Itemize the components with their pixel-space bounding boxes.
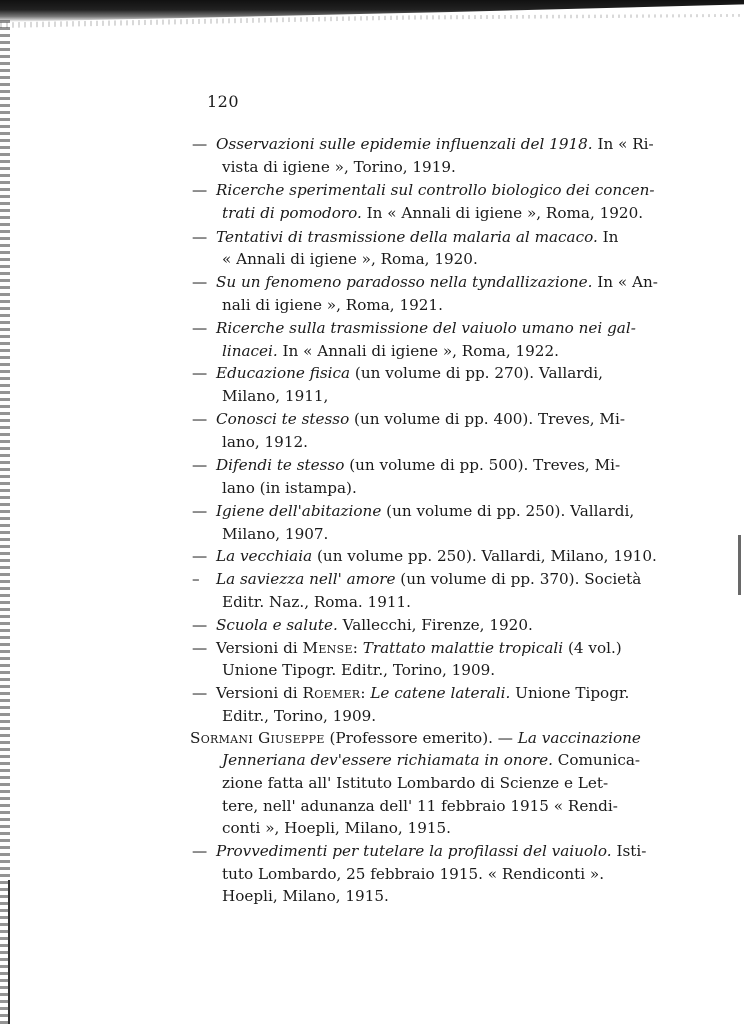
- entry-continuation: tuto Lombardo, 25 febbraio 1915. « Rendi…: [222, 864, 652, 884]
- bibliography-entry: —Igiene dell'abitazione (un volume di pp…: [192, 501, 622, 521]
- entry-title: Provvedimenti per tutelare la profilassi…: [216, 842, 612, 860]
- entry-title: La saviezza nell' amore: [216, 570, 395, 588]
- entry-continuation: Hoepli, Milano, 1915.: [222, 886, 652, 906]
- author-name: Sormani Giuseppe: [190, 729, 325, 747]
- entry-title: Ricerche sperimentali sul controllo biol…: [216, 181, 655, 199]
- page-number: 120: [207, 92, 239, 111]
- entry-title: La vecchiaia: [216, 547, 312, 565]
- entry-continuation: lano, 1912.: [222, 432, 652, 452]
- entry-title: Tentativi di trasmissione della malaria …: [216, 228, 598, 246]
- scan-binding-line: [8, 880, 10, 1024]
- entry-continuation: Milano, 1907.: [222, 524, 652, 544]
- translated-author: Roemer: [303, 684, 361, 702]
- entry-continuation: linacei. In « Annali di igiene », Roma, …: [222, 341, 652, 361]
- entry-title: Difendi te stesso: [216, 456, 344, 474]
- entry-continuation: Editr. Naz., Roma. 1911.: [222, 592, 652, 612]
- bibliography-entry: —Versioni di Mense: Trattato malattie tr…: [192, 638, 622, 658]
- bibliography-entry: —Su un fenomeno paradosso nella tyndalli…: [192, 272, 622, 292]
- entry-title: Ricerche sulla trasmissione del vaiuolo …: [216, 319, 636, 337]
- entry-title: Su un fenomeno paradosso nella tyndalliz…: [216, 273, 592, 291]
- entry-title: linacei.: [222, 342, 278, 360]
- entry-continuation: nali di igiene », Roma, 1921.: [222, 295, 652, 315]
- bibliography-entry: —La vecchiaia (un volume pp. 250). Valla…: [192, 546, 622, 566]
- bibliography-entry: –La saviezza nell' amore (un volume di p…: [192, 569, 622, 589]
- bibliography-entry: —Versioni di Roemer: Le catene laterali.…: [192, 683, 622, 703]
- bibliography-entry: —Conosci te stesso (un volume di pp. 400…: [192, 409, 622, 429]
- entry-continuation: conti », Hoepli, Milano, 1915.: [222, 818, 652, 838]
- scan-edge-left: [0, 20, 10, 1024]
- entry-continuation: Jenneriana dev'essere richiamata in onor…: [222, 750, 652, 770]
- entry-title: trati di pomodoro.: [222, 204, 362, 222]
- entry-title: Le catene laterali.: [370, 684, 510, 702]
- bibliography-entry: —Ricerche sulla trasmissione del vaiuolo…: [192, 318, 622, 338]
- author-entry: Sormani Giuseppe (Professore emerito). —…: [190, 728, 620, 748]
- bibliography-entry: —Provvedimenti per tutelare la profilass…: [192, 841, 622, 861]
- entry-continuation: Editr., Torino, 1909.: [222, 706, 652, 726]
- entry-title: Conosci te stesso: [216, 410, 349, 428]
- bibliography-entry: —Tentativi di trasmissione della malaria…: [192, 227, 622, 247]
- bibliography-entry: —Educazione fisica (un volume di pp. 270…: [192, 363, 622, 383]
- entry-continuation: vista di igiene », Torino, 1919.: [222, 157, 652, 177]
- translated-author: Mense: [303, 639, 353, 657]
- entry-title: Igiene dell'abitazione: [216, 502, 381, 520]
- entry-title: Jenneriana dev'essere richiamata in onor…: [222, 751, 553, 769]
- bibliography-entry: —Osservazioni sulle epidemie influenzali…: [192, 134, 622, 154]
- bibliography-entry: —Difendi te stesso (un volume di pp. 500…: [192, 455, 622, 475]
- entry-continuation: zione fatta all' Istituto Lombardo di Sc…: [222, 773, 652, 793]
- entry-continuation: trati di pomodoro. In « Annali di igiene…: [222, 203, 652, 223]
- entry-continuation: « Annali di igiene », Roma, 1920.: [222, 249, 652, 269]
- entry-title: Trattato malattie tropicali: [363, 639, 563, 657]
- entry-continuation: Milano, 1911,: [222, 386, 652, 406]
- entry-title: Osservazioni sulle epidemie influenzali …: [216, 135, 593, 153]
- bibliography-entry: —Ricerche sperimentali sul controllo bio…: [192, 180, 622, 200]
- entry-continuation: lano (in istampa).: [222, 478, 652, 498]
- entry-title: Educazione fisica: [216, 364, 350, 382]
- bibliography-entry: —Scuola e salute. Vallecchi, Firenze, 19…: [192, 615, 622, 635]
- entry-dash: —: [192, 134, 216, 154]
- scan-edge-right-mark: [738, 535, 741, 595]
- entry-continuation: Unione Tipogr. Editr., Torino, 1909.: [222, 660, 652, 680]
- entry-title: Scuola e salute.: [216, 616, 338, 634]
- entry-title: La vaccinazione: [518, 729, 641, 747]
- entry-continuation: tere, nell' adunanza dell' 11 febbraio 1…: [222, 796, 652, 816]
